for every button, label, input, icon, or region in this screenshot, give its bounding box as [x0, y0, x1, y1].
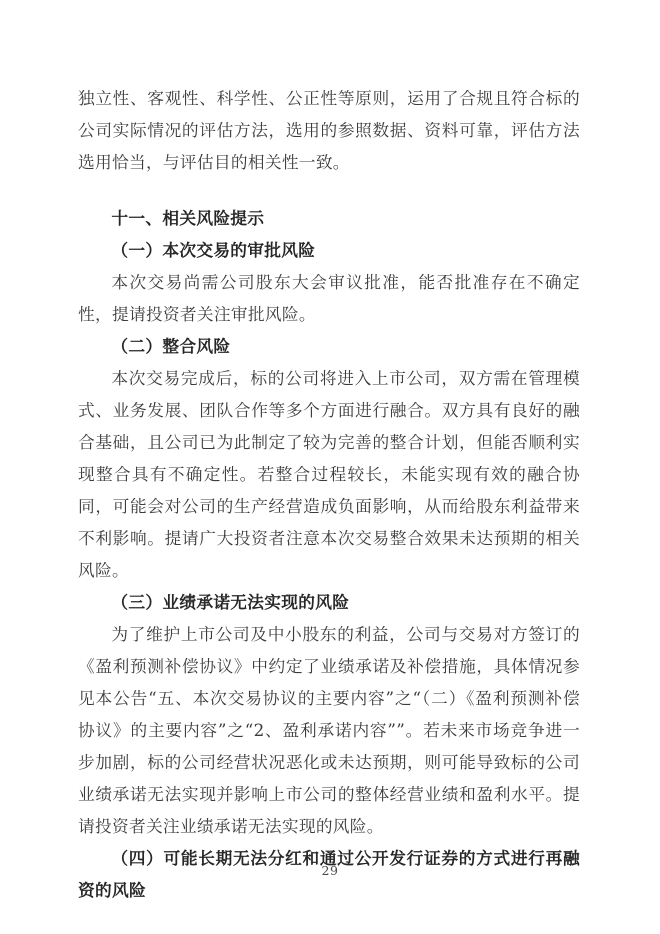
- section-heading-risk-warnings: 十一、相关风险提示: [78, 202, 580, 234]
- paragraph-continuation: 独立性、客观性、科学性、公正性等原则，运用了合规且符合标的公司实际情况的评估方法…: [78, 82, 580, 178]
- subsection-heading-approval-risk: （一）本次交易的审批风险: [78, 234, 580, 266]
- page-number: 29: [0, 863, 660, 878]
- paragraph-approval-risk: 本次交易尚需公司股东大会审议批准，能否批准存在不确定性，提请投资者关注审批风险。: [78, 266, 580, 330]
- subsection-heading-performance-commitment-risk: （三）业绩承诺无法实现的风险: [78, 586, 580, 618]
- document-page: 独立性、客观性、科学性、公正性等原则，运用了合规且符合标的公司实际情况的评估方法…: [0, 0, 660, 934]
- subsection-heading-integration-risk: （二）整合风险: [78, 330, 580, 362]
- document-body: 独立性、客观性、科学性、公正性等原则，运用了合规且符合标的公司实际情况的评估方法…: [78, 82, 580, 906]
- paragraph-integration-risk: 本次交易完成后，标的公司将进入上市公司，双方需在管理模式、业务发展、团队合作等多…: [78, 362, 580, 586]
- paragraph-performance-commitment-risk: 为了维护上市公司及中小股东的利益，公司与交易对方签订的《盈利预测补偿协议》中约定…: [78, 618, 580, 842]
